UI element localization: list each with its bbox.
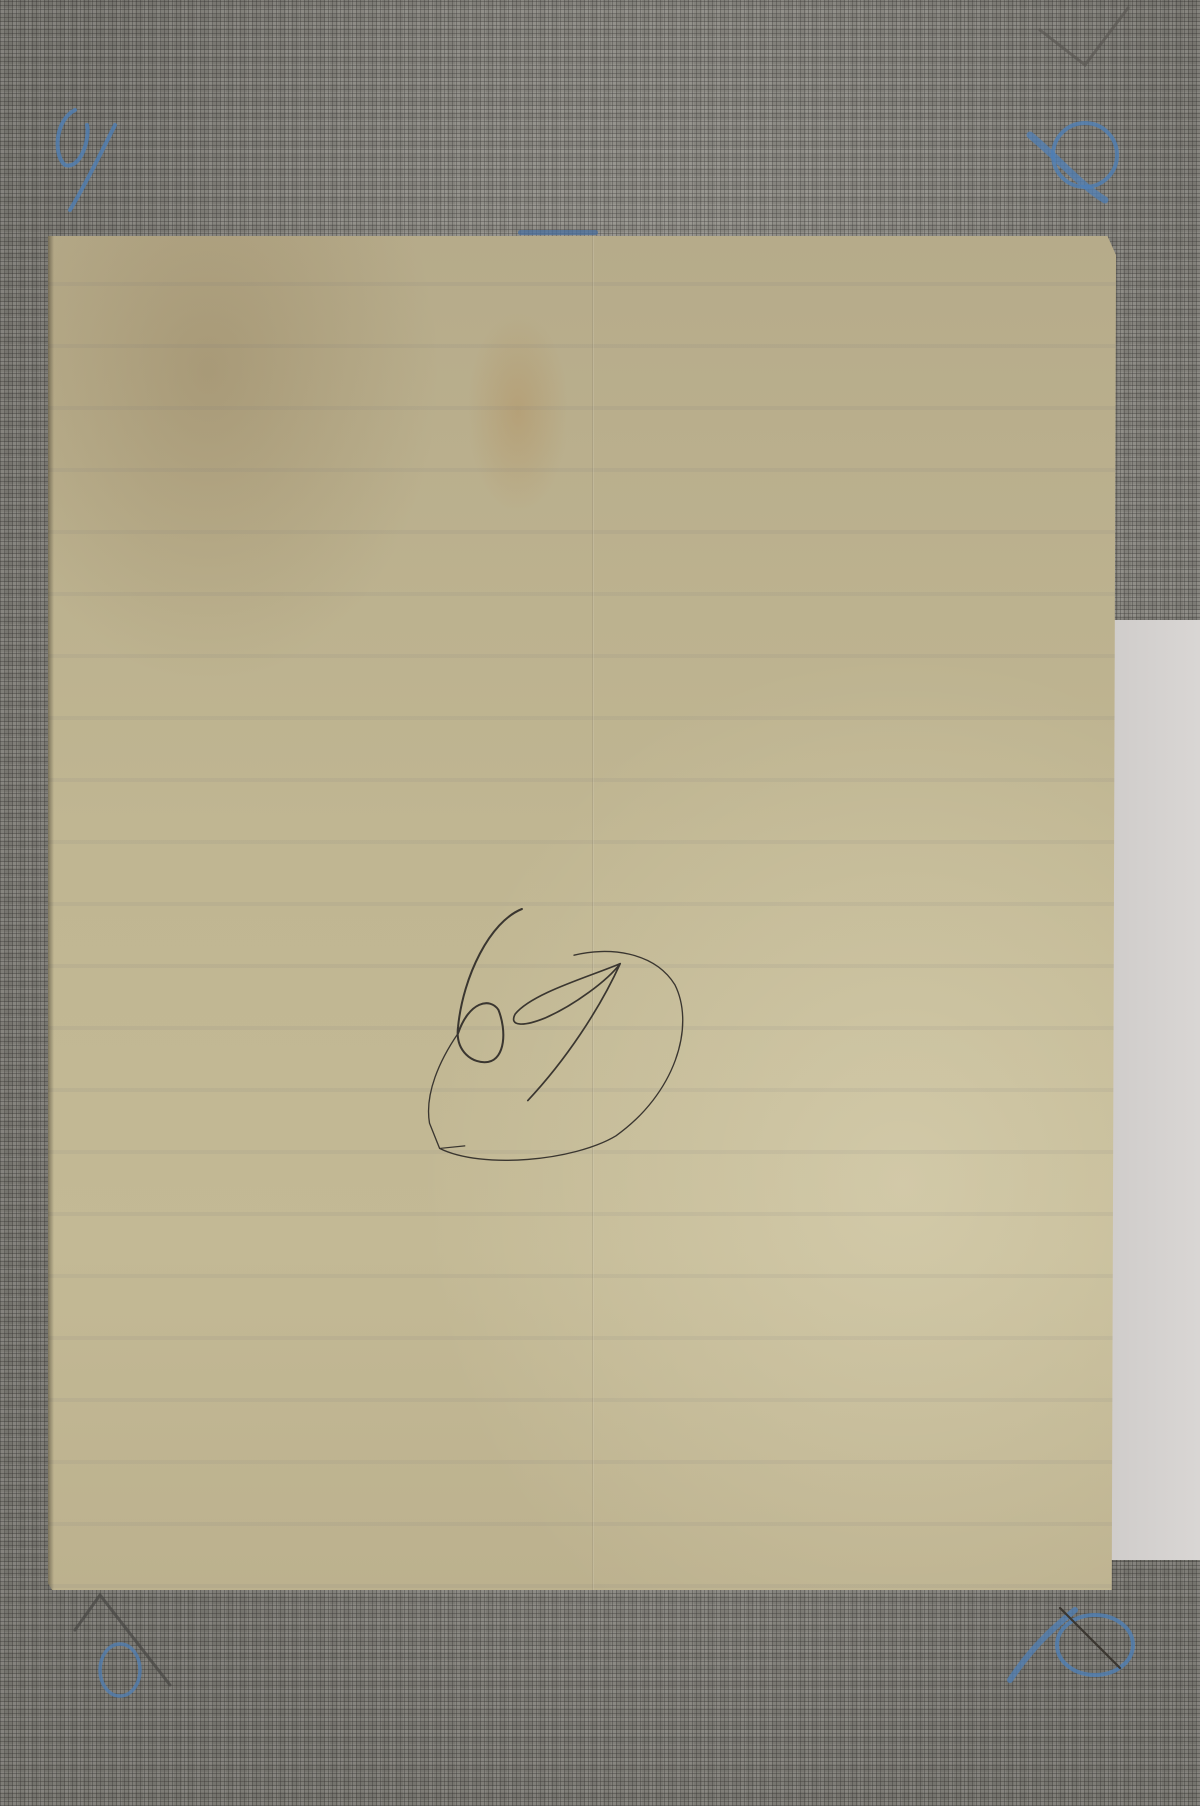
blue-corner-mark-top-right: [1010, 0, 1150, 210]
blue-corner-mark-bottom-right: [1000, 1590, 1140, 1690]
sheet-edge-shadow: [48, 236, 54, 1590]
blue-loop-icon: [1010, 0, 1150, 210]
folio-number-annotation: 69: [364, 880, 700, 1190]
blue-corner-mark-bottom-left: [60, 1590, 180, 1700]
blue-loop-icon: [45, 100, 125, 210]
blue-loop-icon: [60, 1590, 180, 1700]
pencil-69-icon: [364, 880, 700, 1190]
blue-corner-mark-top-left: [45, 100, 125, 210]
blue-loop-icon: [1000, 1590, 1140, 1690]
blue-registration-mark-top: [518, 230, 598, 235]
white-backing-card: [1104, 620, 1200, 1560]
